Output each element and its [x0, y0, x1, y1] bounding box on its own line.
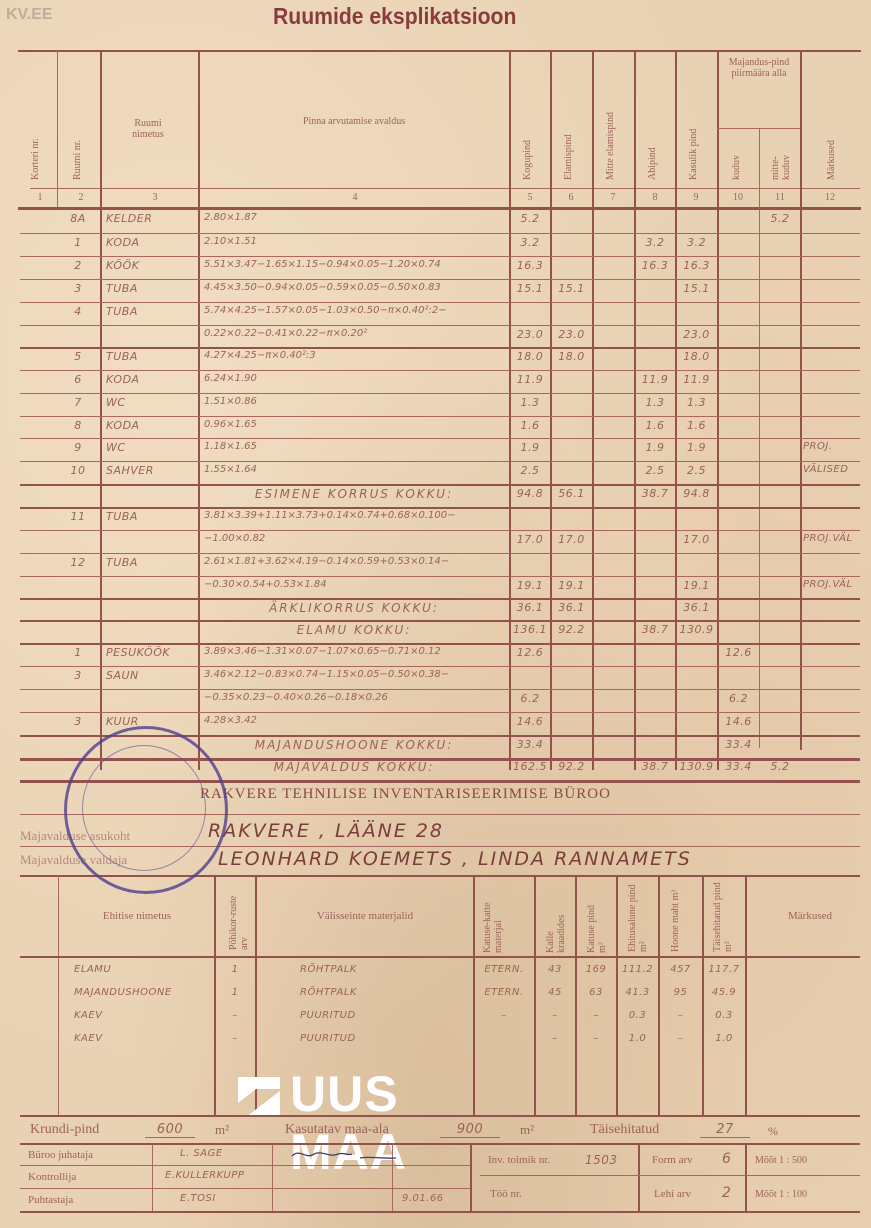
cell-name: SAUN: [106, 669, 198, 682]
bureau-name: RAKVERE TEHNILISE INVENTARISEERIMISE BÜR…: [200, 786, 611, 803]
cell-total: 94.8: [510, 487, 550, 500]
cell-nr: 11: [58, 510, 98, 523]
cell-useful: 1.9: [676, 441, 717, 454]
building-roof: ETERN.: [475, 987, 533, 998]
plot-area-label: Krundi-pind: [30, 1122, 99, 1138]
cell-mitte: 5.2: [760, 760, 800, 773]
cell-formula: 3.46×2.12−0.83×0.74−1.15×0.05−0.50×0.38−: [204, 669, 508, 680]
cell-note: PROJ.VÄL: [803, 533, 861, 544]
building-slope: 43: [535, 964, 575, 975]
header-majanduspind-group: Majandus-pind piirmäära alla: [719, 57, 799, 79]
col-num: 11: [765, 192, 795, 203]
checker-label: Kontrollija: [28, 1171, 76, 1183]
building-roof: ETERN.: [475, 964, 533, 975]
cell-total: 19.1: [510, 579, 550, 592]
cell-aux: 1.3: [635, 396, 675, 409]
cell-total: 5.2: [510, 212, 550, 225]
cell-total: 2.5: [510, 464, 550, 477]
building-footprint: 1.0: [617, 1033, 658, 1044]
header-ruumi-nimetus: Ruumi nimetus: [118, 118, 178, 140]
cell-formula: 2.80×1.87: [204, 212, 508, 223]
building-roof-area: –: [576, 1010, 616, 1021]
cell-nr: 7: [58, 396, 98, 409]
building-name: MAJANDUSHOONE: [74, 987, 214, 998]
drafter-date: 9.01.66: [402, 1193, 444, 1204]
cell-formula: MAJAVALDUS KOKKU:: [200, 760, 508, 774]
cell-aux: 38.7: [635, 760, 675, 773]
cell-useful: 16.3: [676, 259, 717, 272]
cell-formula: 5.74×4.25−1.57×0.05−1.03×0.50−π×0.40²:2−: [204, 305, 508, 316]
bh-pohikorruste-arv: Põhikor-ruste arv: [228, 890, 250, 950]
building-volume: –: [659, 1033, 702, 1044]
col-num: 1: [30, 192, 50, 203]
cell-living: 18.0: [551, 350, 592, 363]
header-kuduv: kuduv: [731, 140, 742, 180]
cell-formula: 1.18×1.65: [204, 441, 508, 452]
building-roof-area: 169: [576, 964, 616, 975]
cell-formula: 5.51×3.47−1.65×1.15−0.94×0.05−1.20×0.74: [204, 259, 508, 270]
cell-total: 12.6: [510, 646, 550, 659]
cell-useful: 130.9: [676, 623, 717, 636]
cell-nr: 3: [58, 669, 98, 682]
cell-formula: 2.61×1.81+3.62×4.19−0.14×0.59+0.53×0.14−: [204, 556, 508, 567]
cell-nr: 10: [58, 464, 98, 477]
cell-aux: 38.7: [635, 623, 675, 636]
cell-kuduv: 12.6: [718, 646, 759, 659]
work-label: Töö nr.: [490, 1188, 522, 1200]
cell-nr: 6: [58, 373, 98, 386]
building-floors: –: [215, 1033, 255, 1044]
cell-nr: 8A: [58, 212, 98, 225]
cell-total: 15.1: [510, 282, 550, 295]
cell-name: KODA: [106, 373, 198, 386]
cell-aux: 1.6: [635, 419, 675, 432]
cell-formula: 4.28×3.42: [204, 715, 508, 726]
bh-katuse-pind: Katuse pind m²: [586, 893, 610, 953]
col-num: 8: [640, 192, 670, 203]
col-num: 5: [515, 192, 545, 203]
cell-total: 1.6: [510, 419, 550, 432]
bh-ehitise-nimetus: Ehitise nimetus: [60, 910, 214, 922]
building-walls: PUURITUD: [300, 1033, 473, 1044]
cell-total: 23.0: [510, 328, 550, 341]
building-built: 0.3: [703, 1010, 745, 1021]
cell-useful: 94.8: [676, 487, 717, 500]
building-volume: 457: [659, 964, 702, 975]
building-built: 117.7: [703, 964, 745, 975]
cell-total: 11.9: [510, 373, 550, 386]
cell-name: WC: [106, 441, 198, 454]
building-slope: –: [535, 1033, 575, 1044]
cell-nr: 3: [58, 715, 98, 728]
cell-living: 92.2: [551, 623, 592, 636]
cell-aux: 1.9: [635, 441, 675, 454]
cell-formula: −1.00×0.82: [204, 533, 508, 544]
cell-note: VÄLISED: [803, 464, 861, 475]
cell-nr: 4: [58, 305, 98, 318]
building-built: 45.9: [703, 987, 745, 998]
cell-living: 23.0: [551, 328, 592, 341]
cell-name: TUBA: [106, 282, 198, 295]
cell-useful: 18.0: [676, 350, 717, 363]
bh-taisehitatud-pind: Täisehitatud pind m²: [712, 880, 738, 952]
cell-formula: 4.27×4.25−π×0.40²:3: [204, 350, 508, 361]
cell-formula: 1.55×1.64: [204, 464, 508, 475]
cell-total: 17.0: [510, 533, 550, 546]
cell-nr: 3: [58, 282, 98, 295]
cell-name: PESUKÖÖK: [106, 646, 198, 659]
drafter-name: E.TOSI: [180, 1193, 216, 1204]
building-footprint: 41.3: [617, 987, 658, 998]
cell-name: KÖÖK: [106, 259, 198, 272]
building-name: KAEV: [74, 1033, 214, 1044]
checker-name: E.KULLERKUPP: [165, 1170, 244, 1181]
cell-nr: 2: [58, 259, 98, 272]
plot-area-unit: m²: [215, 1122, 229, 1138]
cell-living: 36.1: [551, 601, 592, 614]
building-name: ELAMU: [74, 964, 214, 975]
cell-formula: 2.10×1.51: [204, 236, 508, 247]
cell-aux: 2.5: [635, 464, 675, 477]
building-built: 1.0: [703, 1033, 745, 1044]
cell-formula: ELAMU KOKKU:: [200, 623, 508, 637]
col-num: 6: [556, 192, 586, 203]
cell-useful: 23.0: [676, 328, 717, 341]
building-roof-area: 63: [576, 987, 616, 998]
cell-formula: MAJANDUSHOONE KOKKU:: [200, 738, 508, 752]
building-footprint: 111.2: [617, 964, 658, 975]
cell-name: TUBA: [106, 305, 198, 318]
cell-living: 92.2: [551, 760, 592, 773]
scale-100: Mõõt 1 : 100: [755, 1189, 807, 1200]
building-roof: –: [475, 1010, 533, 1021]
building-walls: RÕHTPALK: [300, 987, 473, 998]
building-footprint: 0.3: [617, 1010, 658, 1021]
cell-formula: ESIMENE KORRUS KOKKU:: [200, 487, 508, 501]
col-num: 12: [815, 192, 845, 203]
bh-hoone-maht: Hoone maht m³: [670, 880, 696, 952]
building-slope: –: [535, 1010, 575, 1021]
cell-useful: 36.1: [676, 601, 717, 614]
col-num: 3: [140, 192, 170, 203]
bh-ehitusalune-pind: Ehitusalune pind m²: [627, 880, 653, 952]
sheets-value: 2: [722, 1185, 731, 1201]
page-title: Ruumide eksplikatsioon: [273, 3, 516, 30]
cell-note: PROJ.: [803, 441, 861, 452]
cell-living: 15.1: [551, 282, 592, 295]
building-walls: RÕHTPALK: [300, 964, 473, 975]
cell-formula: −0.35×0.23−0.40×0.26−0.18×0.26: [204, 692, 508, 703]
header-korteri-nr: Korteri nr.: [30, 110, 41, 180]
header-mitte-elamispind: Mitte elamispind: [605, 75, 616, 180]
cell-kuduv: 33.4: [718, 738, 759, 751]
cell-name: TUBA: [106, 556, 198, 569]
cell-nr: 8: [58, 419, 98, 432]
cell-total: 16.3: [510, 259, 550, 272]
cell-formula: 6.24×1.90: [204, 373, 508, 384]
cell-total: 33.4: [510, 738, 550, 751]
building-roof-area: –: [576, 1033, 616, 1044]
cell-total: 14.6: [510, 715, 550, 728]
bh-valisseinte-materjalid: Välisseinte materjalid: [257, 910, 473, 922]
header-kasulik-pind: Kasulik pind: [688, 105, 699, 180]
cell-name: KELDER: [106, 212, 198, 225]
drafter-label: Puhtastaja: [28, 1194, 73, 1206]
inv-value: 1503: [585, 1153, 618, 1167]
cell-note: PROJ.VÄL: [803, 579, 861, 590]
cell-nr: 5: [58, 350, 98, 363]
usable-area-unit: m²: [520, 1122, 534, 1138]
cell-name: TUBA: [106, 510, 198, 523]
header-abipind: Abipind: [647, 120, 658, 180]
cell-aux: 3.2: [635, 236, 675, 249]
cell-kuduv: 6.2: [718, 692, 759, 705]
cell-total: 6.2: [510, 692, 550, 705]
cell-useful: 130.9: [676, 760, 717, 773]
cell-name: SAHVER: [106, 464, 198, 477]
bh-markused: Märkused: [760, 910, 860, 922]
cell-living: 56.1: [551, 487, 592, 500]
plot-area-value: 600: [145, 1122, 195, 1138]
uus-maa-logo-icon: [238, 1077, 280, 1117]
cell-mitte: 5.2: [760, 212, 800, 225]
cell-kuduv: 33.4: [718, 760, 759, 773]
cell-formula: 1.51×0.86: [204, 396, 508, 407]
cell-formula: 0.22×0.22−0.41×0.22−π×0.20²: [204, 328, 508, 339]
inv-label: Inv. toimik nr.: [488, 1154, 550, 1166]
cell-nr: 1: [58, 236, 98, 249]
cell-total: 3.2: [510, 236, 550, 249]
usable-area-value: 900: [440, 1122, 500, 1138]
header-pinna-arvutamise-avaldus: Pinna arvutamise avaldus: [200, 116, 508, 127]
cell-useful: 17.0: [676, 533, 717, 546]
cell-total: 1.9: [510, 441, 550, 454]
owner-value: LEONHARD KOEMETS , LINDA RANNAMETS: [218, 848, 692, 870]
cell-formula: ÄRKLIKORRUS KOKKU:: [200, 601, 508, 615]
cell-name: TUBA: [106, 350, 198, 363]
cell-useful: 11.9: [676, 373, 717, 386]
cell-kuduv: 14.6: [718, 715, 759, 728]
sheets-label: Lehi arv: [654, 1188, 691, 1200]
building-floors: –: [215, 1010, 255, 1021]
cell-total: 1.3: [510, 396, 550, 409]
cell-formula: 4.45×3.50−0.94×0.05−0.59×0.05−0.50×0.83: [204, 282, 508, 293]
location-value: RAKVERE , LÄÄNE 28: [208, 820, 444, 842]
cell-name: WC: [106, 396, 198, 409]
building-walls: PUURITUD: [300, 1010, 473, 1021]
cell-aux: 11.9: [635, 373, 675, 386]
building-floors: 1: [215, 964, 255, 975]
header-markused: Märkused: [826, 110, 837, 180]
col-num: 4: [340, 192, 370, 203]
cell-total: 136.1: [510, 623, 550, 636]
cell-aux: 38.7: [635, 487, 675, 500]
cell-useful: 3.2: [676, 236, 717, 249]
cell-total: 162.5: [510, 760, 550, 773]
cell-name: KODA: [106, 419, 198, 432]
bh-kalle: Kalle kraadides: [545, 893, 569, 953]
building-volume: –: [659, 1010, 702, 1021]
col-num: 2: [66, 192, 96, 203]
cell-formula: 0.96×1.65: [204, 419, 508, 430]
building-floors: 1: [215, 987, 255, 998]
cell-nr: 1: [58, 646, 98, 659]
kv-ee-watermark: KV.EE: [6, 6, 53, 24]
header-ruumi-nr: Ruumi nr.: [72, 110, 83, 180]
cell-useful: 15.1: [676, 282, 717, 295]
col-num: 10: [723, 192, 753, 203]
forms-value: 6: [722, 1151, 731, 1167]
bh-katusekatte-materjal: Katuse-katte materjal: [482, 893, 524, 953]
cell-useful: 2.5: [676, 464, 717, 477]
cell-aux: 16.3: [635, 259, 675, 272]
forms-label: Form arv: [652, 1154, 693, 1166]
cell-nr: 9: [58, 441, 98, 454]
building-slope: 45: [535, 987, 575, 998]
cell-useful: 1.3: [676, 396, 717, 409]
col-num: 9: [681, 192, 711, 203]
col-num: 7: [598, 192, 628, 203]
usable-area-label: Kasutatav maa-ala: [285, 1122, 389, 1138]
cell-formula: 3.89×3.46−1.31×0.07−1.07×0.65−0.71×0.12: [204, 646, 508, 657]
cell-total: 36.1: [510, 601, 550, 614]
cell-total: 18.0: [510, 350, 550, 363]
head-signature: [290, 1146, 400, 1169]
cell-living: 17.0: [551, 533, 592, 546]
head-label: Büroo juhataja: [28, 1149, 93, 1161]
cell-nr: 12: [58, 556, 98, 569]
cell-name: KODA: [106, 236, 198, 249]
cell-formula: 3.81×3.39+1.11×3.73+0.14×0.74+0.68×0.100…: [204, 510, 508, 521]
header-elamispind: Elamispind: [563, 120, 574, 180]
cell-living: 19.1: [551, 579, 592, 592]
cell-useful: 1.6: [676, 419, 717, 432]
header-mitte-kuduv: mitte-kuduv: [770, 140, 790, 180]
building-volume: 95: [659, 987, 702, 998]
cell-useful: 19.1: [676, 579, 717, 592]
building-name: KAEV: [74, 1010, 214, 1021]
builtup-unit: %: [768, 1124, 778, 1139]
stamp-inner-ring: [82, 745, 206, 871]
head-name: L. SAGE: [180, 1148, 223, 1159]
scale-500: Mõõt 1 : 500: [755, 1155, 807, 1166]
builtup-value: 27: [700, 1122, 750, 1138]
cell-formula: −0.30×0.54+0.53×1.84: [204, 579, 508, 590]
header-kogupind: Kogupind: [522, 120, 533, 180]
builtup-label: Täisehitatud: [590, 1122, 659, 1138]
